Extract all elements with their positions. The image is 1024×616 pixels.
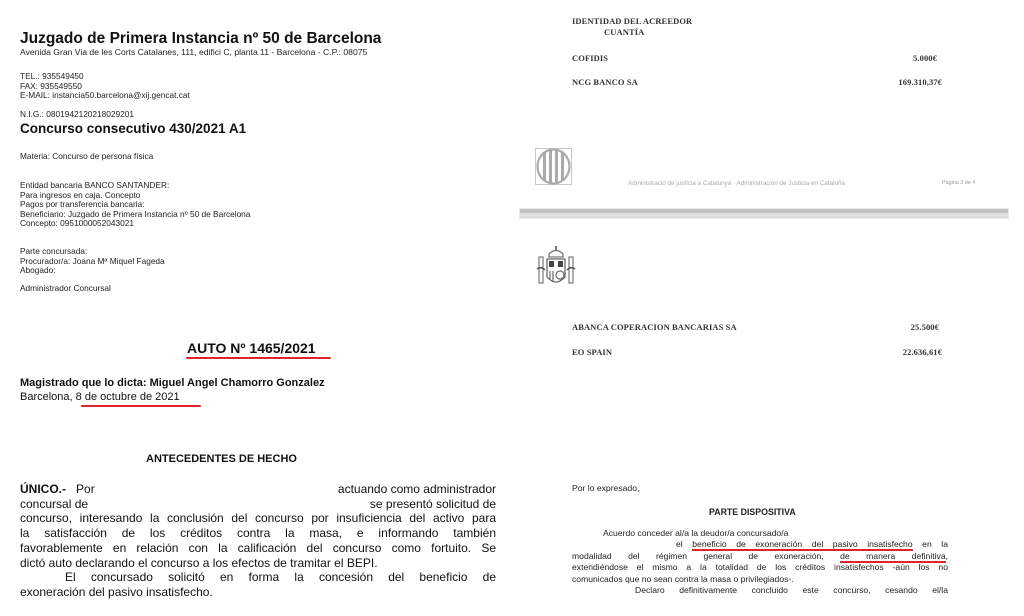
footer-text: Administració de justícia a Catalunya · … [628, 180, 845, 187]
unico-text: Por [76, 482, 95, 496]
creditor-name: EO SPAIN [572, 347, 612, 357]
creditor-identity-header: IDENTIDAD DEL ACREEDOR [572, 16, 692, 26]
unico-line-4: la satisfacción de los créditos contra l… [20, 526, 496, 541]
dispositiva-text: el [676, 539, 692, 549]
dispositiva-text: modalidad del régimen general de exonera… [572, 551, 840, 561]
unico-line-5: favorablemente en relación con la califi… [20, 541, 496, 556]
unico-line-8: exoneración del pasivo insatisfecho. [20, 585, 496, 600]
unico-line-2: concursal de se presentó solicitud de [20, 497, 496, 512]
unico-text: se presentó solicitud de [370, 497, 496, 512]
fecha-date: 8 de octubre de 2021 [76, 391, 180, 403]
contact-info: TEL.: 935549450 FAX: 935549550 E-MAIL: i… [20, 72, 190, 101]
parte-dispositiva-heading: PARTE DISPOSITIVA [709, 507, 796, 517]
email-address: E-MAIL: instancia50.barcelona@xij.gencat… [20, 91, 190, 101]
antecedentes-heading: ANTECEDENTES DE HECHO [146, 453, 297, 465]
materia: Materia: Concurso de persona física [20, 152, 153, 162]
unico-paragraph: ÚNICO.- Por actuando como administrador … [20, 482, 496, 600]
creditor-amount: 5.000€ [913, 53, 937, 63]
bank-concept: Concepto: 0951000052043021 [20, 219, 250, 229]
court-title: Juzgado de Primera Instancia nº 50 de Ba… [20, 30, 381, 48]
court-address: Avenida Gran Via de les Corts Catalanes,… [20, 47, 367, 57]
auto-title-underline [186, 357, 331, 359]
dispositiva-line-1: Acuerdo conceder al/a la deudor/a concur… [572, 528, 948, 539]
dispositiva-text: en la [913, 539, 948, 549]
fecha: Barcelona, 8 de octubre de 2021 [20, 391, 180, 403]
spain-coat-of-arms-icon [536, 245, 576, 289]
por-lo-expresado: Por lo expresado, [572, 483, 639, 493]
generalitat-logo-icon [535, 148, 572, 185]
dispositiva-line-5: comunicados que no sean contra la masa o… [572, 574, 948, 585]
magistrado: Magistrado que lo dicta: Miguel Angel Ch… [20, 377, 325, 389]
creditor-amount: 169.310,37€ [898, 77, 942, 87]
unico-line-3: concurso, interesando la conclusión del … [20, 511, 496, 526]
fecha-prefix: Barcelona, [20, 391, 76, 403]
abogado: Abogado: [20, 266, 165, 276]
administrador-concursal: Administrador Concursal [20, 284, 111, 294]
bank-info: Entidad bancaria BANCO SANTANDER: Para i… [20, 181, 250, 229]
dispositiva-text: , [946, 551, 948, 561]
unico-label: ÚNICO.- [20, 482, 66, 496]
dispositiva-line-6: Declaro definitivamente concluido este c… [572, 585, 948, 596]
page-separator [519, 208, 1009, 219]
creditor-amount-header: CUANTÍA [604, 27, 644, 37]
highlighted-phrase: beneficio de exoneración del pasivo insa… [692, 539, 912, 551]
unico-text: concursal de [20, 497, 88, 512]
parties-info: Parte concursada: Procurador/a: Joana Mª… [20, 247, 165, 276]
case-title: Concurso consecutivo 430/2021 A1 [20, 121, 246, 136]
unico-line-1: ÚNICO.- Por actuando como administrador [20, 482, 496, 497]
unico-text: actuando como administrador [338, 482, 496, 497]
creditor-name: COFIDIS [572, 53, 608, 63]
unico-line-6: dictó auto declarando el concurso a los … [20, 556, 496, 571]
highlighted-phrase: de manera definitiva [840, 551, 945, 563]
dispositiva-line-2: el beneficio de exoneración del pasivo i… [572, 539, 948, 550]
nig-number: N.I.G.: 0801942120218029201 [20, 110, 134, 120]
creditor-name: NCG BANCO SA [572, 77, 638, 87]
auto-title: AUTO Nº 1465/2021 [187, 340, 316, 356]
creditor-name: ABANCA COPERACION BANCARIAS SA [572, 322, 737, 332]
dispositiva-paragraph: Acuerdo conceder al/a la deudor/a concur… [572, 528, 948, 596]
creditor-amount: 22.636,61€ [903, 347, 942, 357]
unico-line-7: El concursado solicitó en forma la conce… [20, 570, 496, 585]
date-underline [81, 405, 201, 407]
page-number: Pàgina 3 de 4 [942, 180, 975, 186]
dispositiva-line-4: extendiéndose el mismo a la totalidad de… [572, 562, 948, 573]
dispositiva-line-3: modalidad del régimen general de exonera… [572, 551, 948, 562]
creditor-amount: 25.500€ [911, 322, 939, 332]
